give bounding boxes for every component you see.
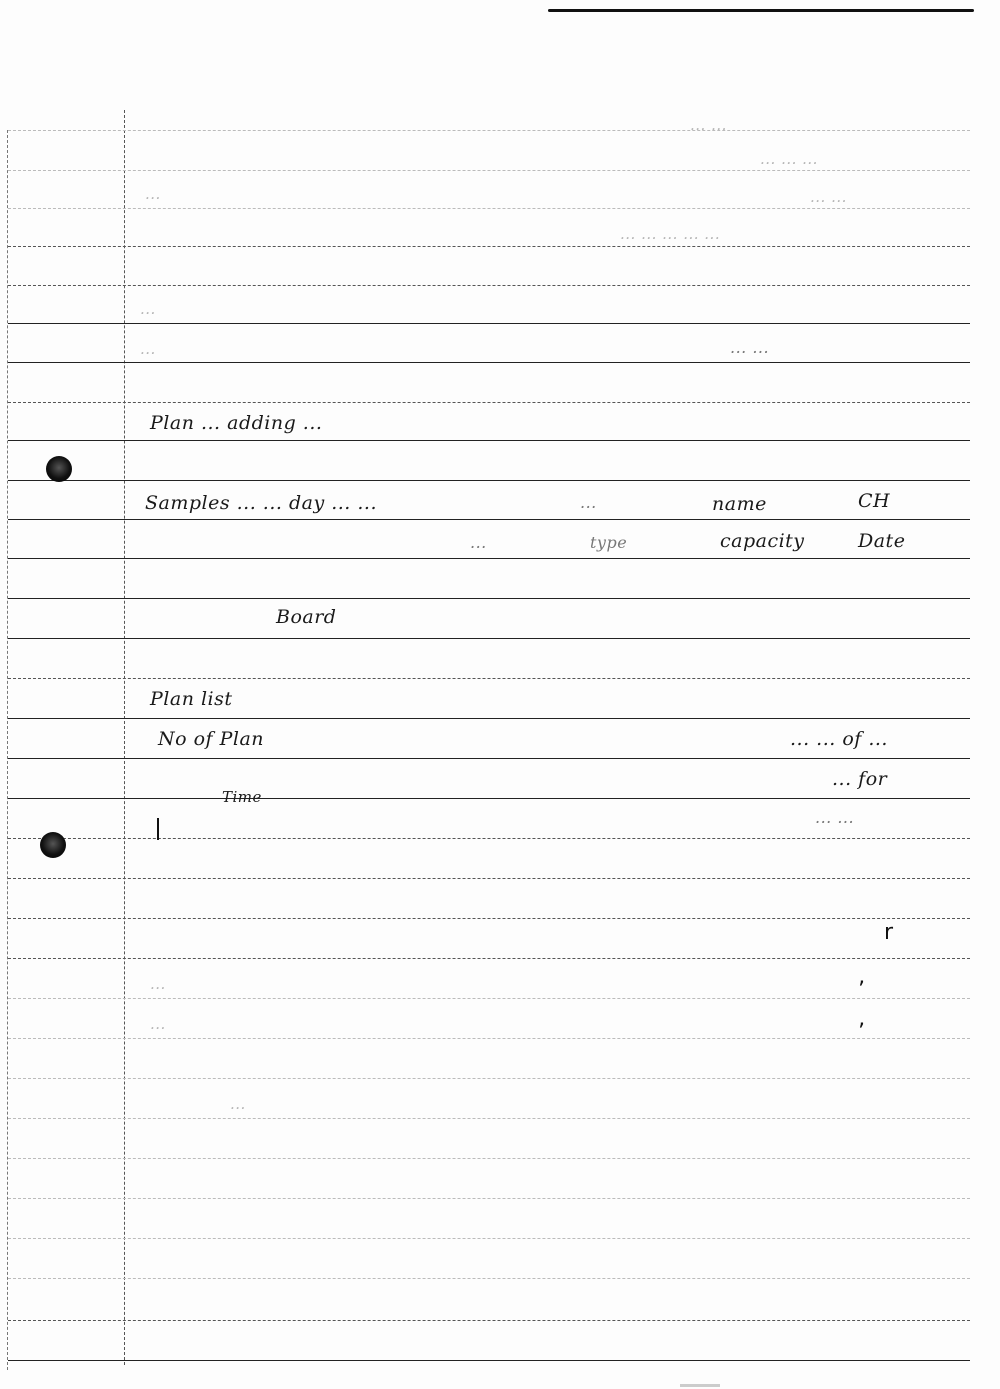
- ruled-line: [8, 1078, 970, 1079]
- note-plan: Plan ... adding ...: [150, 412, 322, 434]
- note-header-right-3: ... ...: [810, 188, 847, 206]
- note-plan-list: Plan list: [150, 688, 233, 710]
- ruled-line: [8, 1038, 970, 1039]
- ruled-line: [8, 918, 970, 919]
- ruled-line: [8, 480, 970, 481]
- tick-mark: r: [884, 920, 893, 945]
- punch-hole: [46, 456, 72, 482]
- ruled-line: [8, 402, 970, 403]
- ruled-line: [8, 1118, 970, 1119]
- scan-smudge: [680, 1384, 720, 1387]
- note-faint-left-2: ...: [140, 300, 156, 318]
- note-time: Time: [222, 788, 262, 806]
- ruled-line: [8, 170, 970, 171]
- ruled-line: [8, 519, 970, 520]
- note-right-2: ... for: [832, 768, 887, 790]
- ruled-line: [8, 558, 970, 559]
- note-faint-lower-2: ...: [150, 1015, 166, 1033]
- ruled-line: [8, 1278, 970, 1279]
- ruled-line: [8, 1238, 970, 1239]
- note-faint-lower-1: ...: [150, 975, 166, 993]
- punch-hole: [40, 832, 66, 858]
- note-right-3: ... ...: [815, 808, 854, 827]
- note-samples: Samples ... ... day ... ...: [145, 492, 377, 514]
- ruled-line: [8, 838, 970, 839]
- note-header-right-2: ... ... ...: [760, 150, 818, 168]
- notebook-page: ... ... ... ... ... ... ... ... ... ... …: [0, 0, 1000, 1389]
- col-header-capacity: capacity: [720, 530, 805, 552]
- col-header-type: type: [590, 533, 627, 552]
- ruled-line: [8, 798, 970, 799]
- ruled-line: [8, 362, 970, 363]
- col-header-2: ...: [470, 533, 487, 552]
- top-rule: [548, 9, 974, 12]
- note-number-of-plan: No of Plan: [158, 728, 264, 750]
- ruled-line: [8, 208, 970, 209]
- col-header-1: ...: [580, 493, 597, 512]
- note-board: Board: [276, 606, 336, 628]
- ruled-line: [8, 998, 970, 999]
- ruled-line: [8, 958, 970, 959]
- note-header-right-1: ... ...: [690, 116, 727, 134]
- note-faint-lower-3: ...: [230, 1095, 246, 1113]
- ruled-line: [8, 878, 970, 879]
- note-header-right-4: ... ... ... ... ...: [620, 225, 720, 243]
- ruled-line: [8, 678, 970, 679]
- ruled-line: [8, 758, 970, 759]
- note-faint-left-1: ...: [145, 185, 161, 203]
- note-faint-left-3: ...: [140, 340, 156, 358]
- note-right-1: ... ... of ...: [790, 728, 888, 750]
- left-edge-line: [7, 130, 9, 1370]
- ruled-line: [8, 285, 970, 286]
- ruled-line: [8, 1198, 970, 1199]
- ruled-line: [8, 440, 970, 441]
- ruled-line: [8, 1320, 970, 1321]
- ruled-line: [8, 246, 970, 247]
- ruled-line: [8, 598, 970, 599]
- col-header-ch: CH: [858, 490, 890, 512]
- ruled-line: [8, 130, 970, 131]
- ruled-line: [8, 718, 970, 719]
- ruled-line: [8, 323, 970, 324]
- ruled-line: [8, 1158, 970, 1159]
- ruled-line: [8, 1360, 970, 1361]
- margin-line: [124, 110, 126, 1365]
- vertical-stroke-mark: [157, 818, 159, 840]
- note-header-right-5: ... ...: [730, 338, 769, 357]
- tick-mark: ’: [858, 1020, 865, 1045]
- col-header-name: name: [712, 493, 767, 515]
- tick-mark: ’: [858, 978, 865, 1003]
- col-header-date: Date: [858, 530, 905, 552]
- ruled-line: [8, 638, 970, 639]
